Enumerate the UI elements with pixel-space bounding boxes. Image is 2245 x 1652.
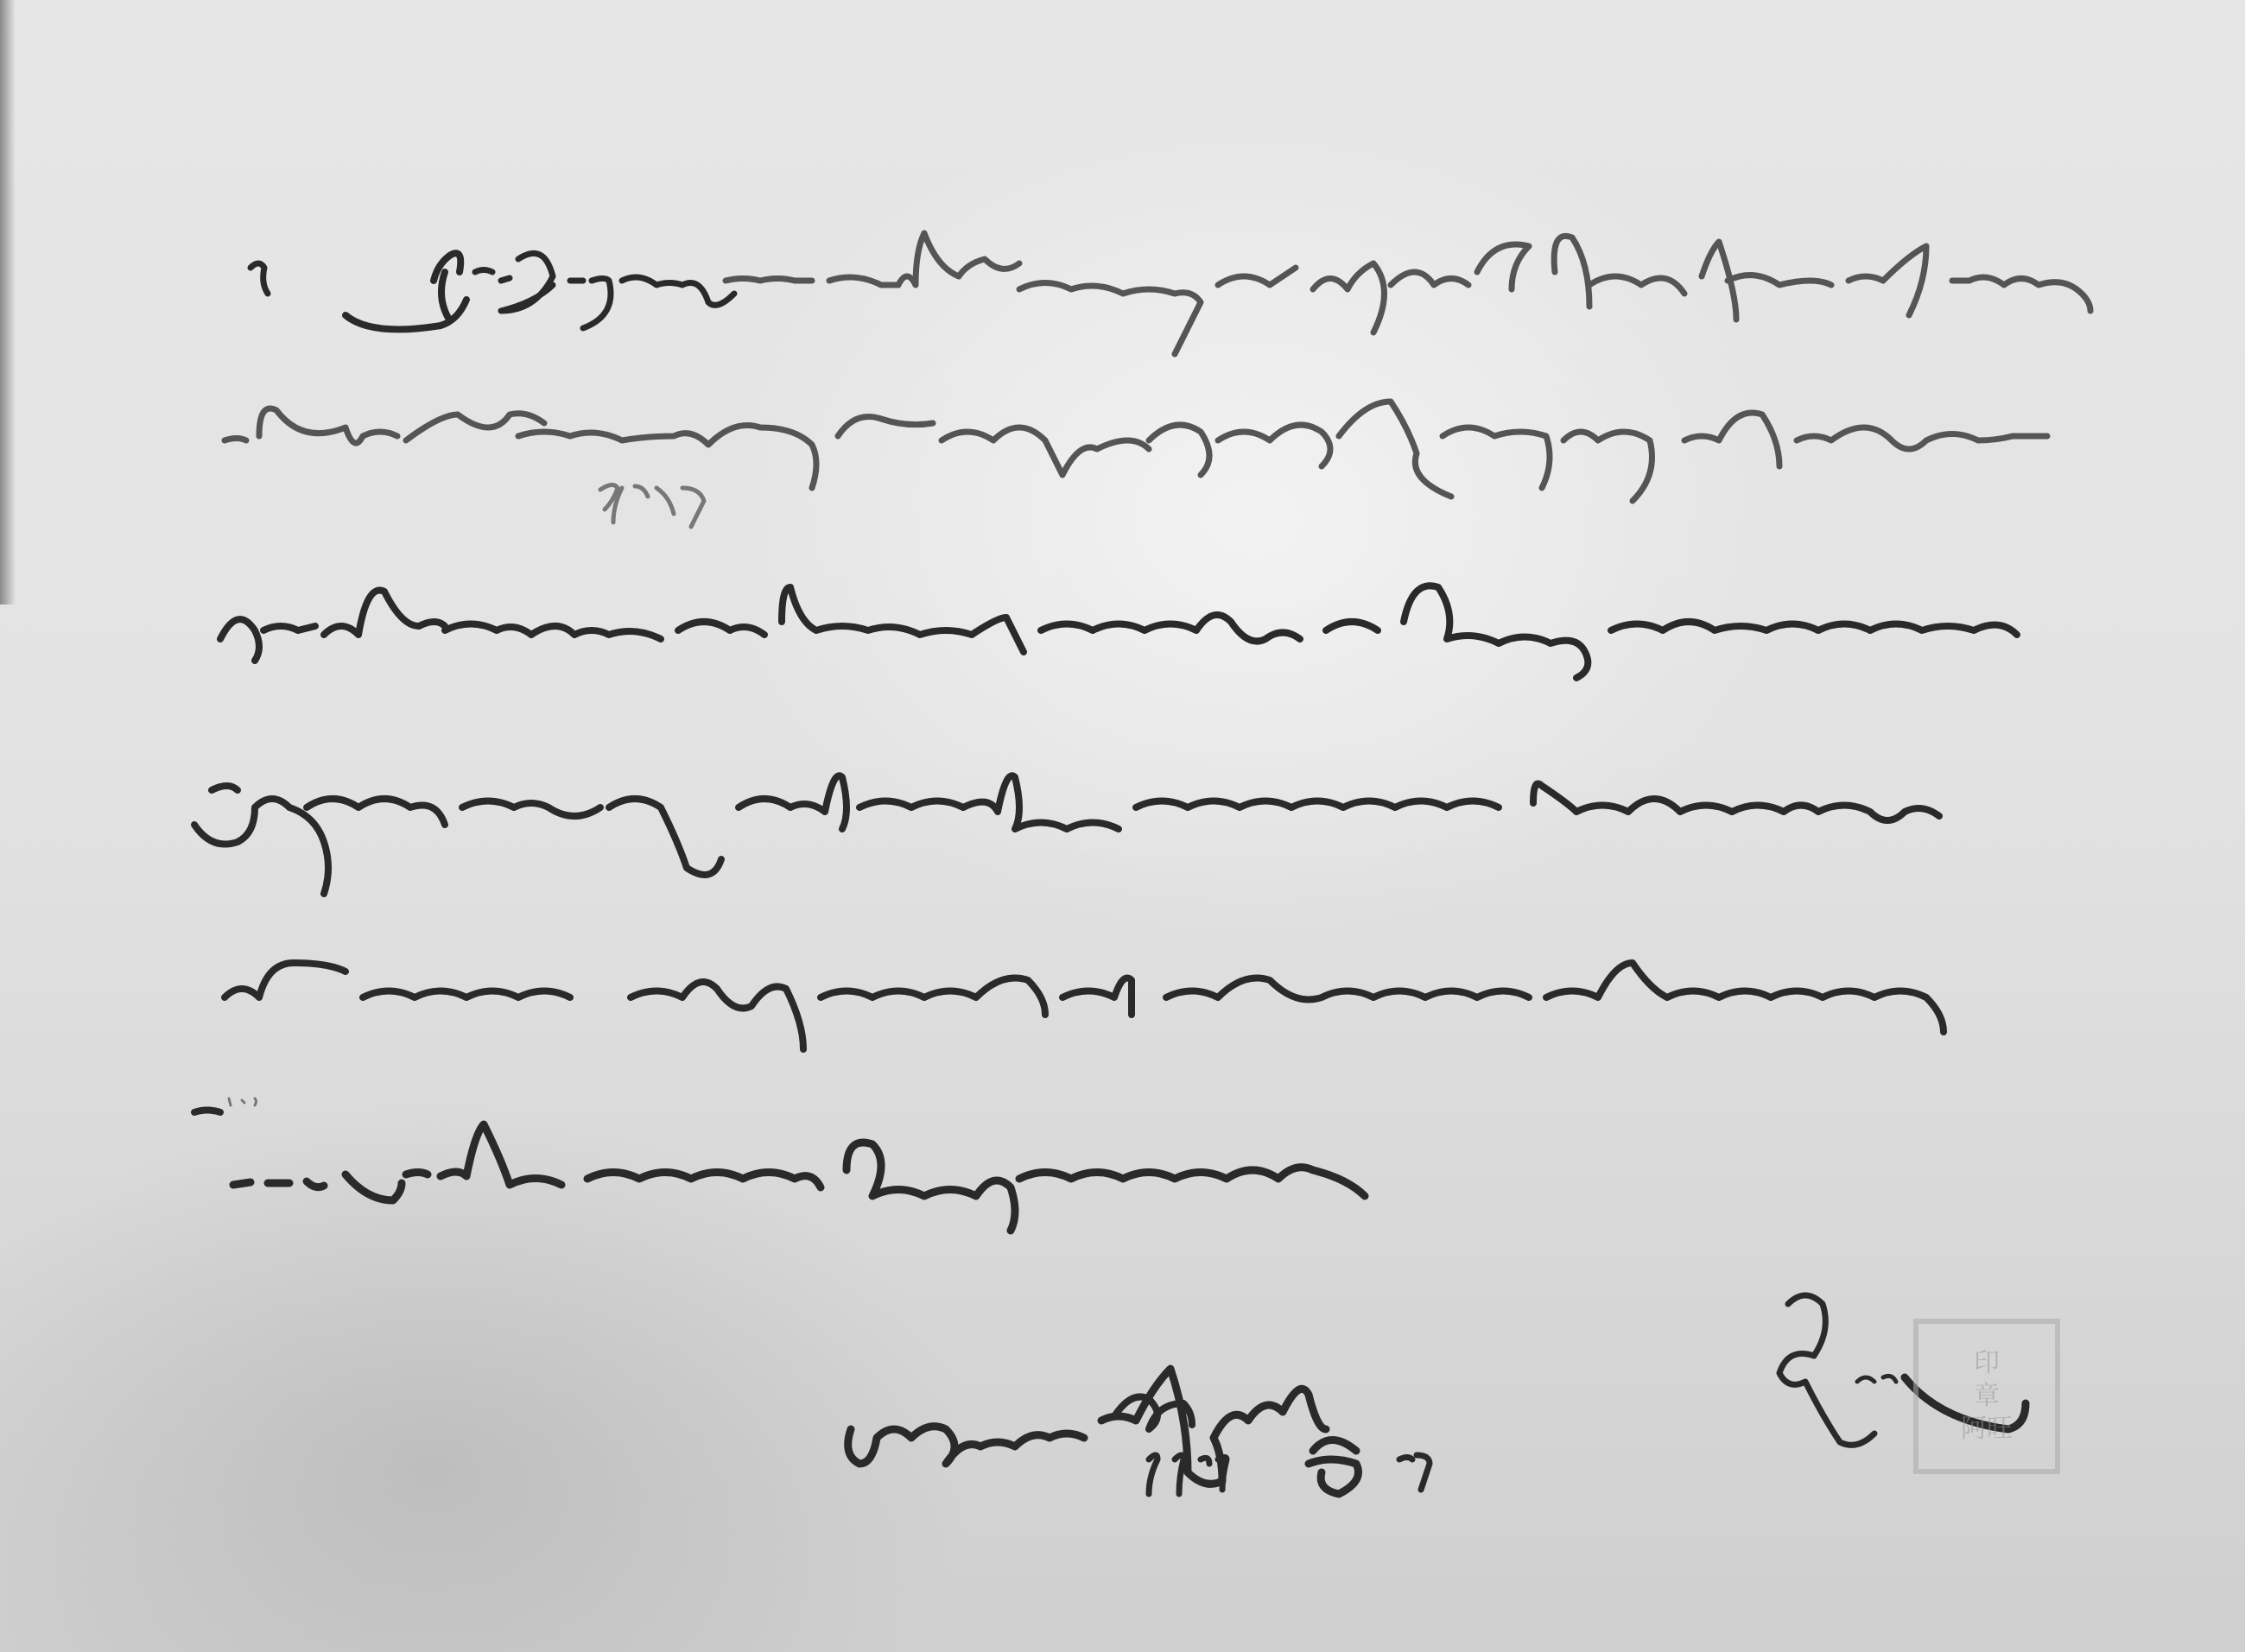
date-numerals: ༡༩༨ ༢ ༡༢ bbox=[1114, 1373, 1512, 1494]
text-line-5: ... (line 5 cursive Tibetan text) bbox=[216, 937, 2172, 1067]
line-2-sub-annotation: ༡༥༣ bbox=[596, 479, 752, 531]
text-line-4: ... (line 4 cursive Tibetan text) bbox=[186, 756, 2172, 885]
text-line-1: ༄ ཀྱེ་ཧོ། ... (line 1 cursive Tibetan te… bbox=[242, 220, 2177, 350]
text-line-3: ... (line 3 cursive Tibetan text) bbox=[212, 570, 2172, 699]
page-edge-shadow bbox=[0, 0, 16, 604]
text-line-2: ... (line 2 cursive Tibetan text) bbox=[216, 389, 2168, 518]
text-line-6: ... (line 6 cursive Tibetan text) bbox=[225, 1123, 1417, 1252]
seal-stamp: 印 章 阿旺 bbox=[1913, 1319, 2060, 1474]
